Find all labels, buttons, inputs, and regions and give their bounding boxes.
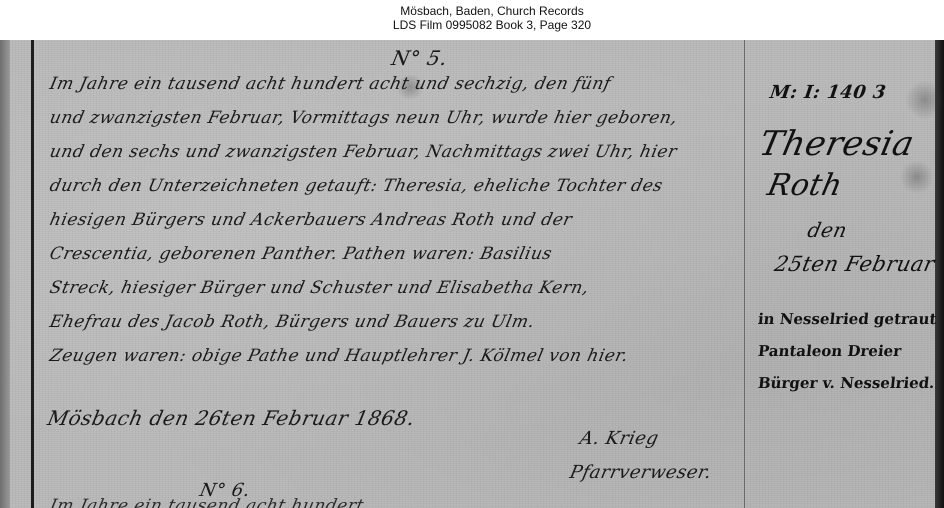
margin-given-name: Theresia <box>756 124 918 164</box>
paper-stain <box>900 160 934 194</box>
signature-name: A. Krieg <box>578 428 661 449</box>
caption-header: Mösbach, Baden, Church Records LDS Film … <box>0 0 944 40</box>
left-margin-rule <box>31 40 34 508</box>
margin-marriage-note: in Nesselried getraut <box>757 310 937 328</box>
record-line: Streck, hiesiger Bürger und Schuster und… <box>48 278 591 298</box>
next-entry-text: Im Jahre ein tausend acht hundert <box>48 496 366 508</box>
margin-birth-date: 25ten Februar <box>772 252 937 276</box>
margin-den: den <box>805 218 849 242</box>
record-line: Crescentia, geborenen Panther. Pathen wa… <box>48 244 554 264</box>
record-line: hiesigen Bürgers und Ackerbauers Andreas… <box>48 210 574 230</box>
margin-reference: M: I: 140 3 <box>769 82 888 103</box>
scanned-record-page: N° 5. Im Jahre ein tausend acht hundert … <box>0 40 944 508</box>
paper-stain <box>905 80 944 120</box>
page-left-edge <box>0 40 10 508</box>
margin-spouse-name: Pantaleon Dreier <box>757 342 902 360</box>
record-line: Ehefrau des Jacob Roth, Bürgers und Baue… <box>48 312 537 332</box>
record-line: Zeugen waren: obige Pathe und Hauptlehre… <box>48 346 630 366</box>
margin-column-rule <box>744 40 745 508</box>
record-date-line: Mösbach den 26ten Februar 1868. <box>45 406 417 430</box>
signature-title: Pfarrverweser. <box>568 462 714 483</box>
entry-number: N° 5. <box>389 46 450 70</box>
margin-spouse-origin: Bürger v. Nesselried. <box>757 374 935 392</box>
record-line: und zwanzigsten Februar, Vormittags neun… <box>48 108 680 128</box>
record-line: durch den Unterzeichneten getauft: There… <box>48 176 665 196</box>
record-line: und den sechs und zwanzigsten Februar, N… <box>48 142 679 162</box>
caption-source: LDS Film 0995082 Book 3, Page 320 <box>40 18 944 32</box>
caption-title: Mösbach, Baden, Church Records <box>40 0 944 18</box>
record-line: Im Jahre ein tausend acht hundert acht u… <box>48 74 613 94</box>
margin-surname: Roth <box>764 168 845 203</box>
